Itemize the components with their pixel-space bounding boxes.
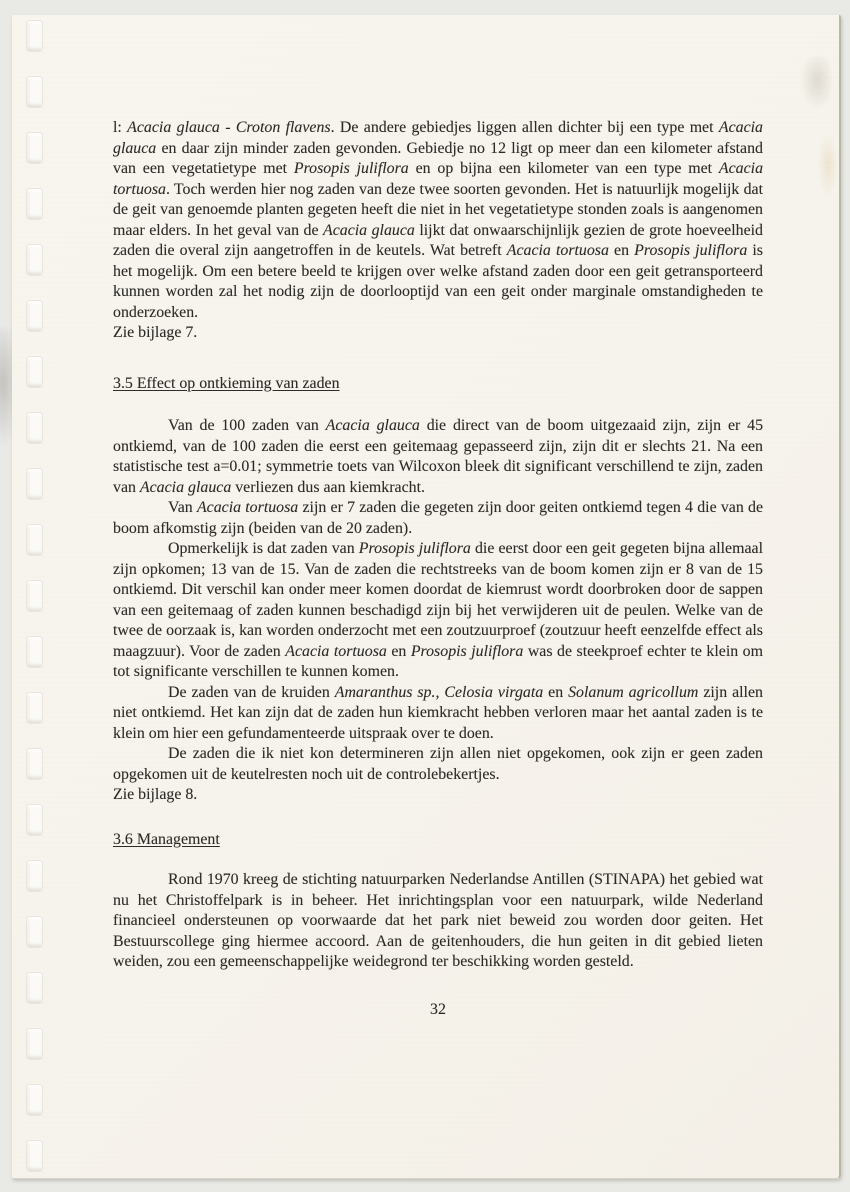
binding-hole	[27, 525, 42, 555]
page-number: 32	[113, 1001, 763, 1019]
binding-hole	[27, 861, 42, 891]
paragraph-germination-prosopis: Opmerkelijk is dat zaden van Prosopis ju…	[113, 539, 763, 683]
species-name-italic: Acacia glauca	[326, 417, 420, 434]
binding-hole	[27, 77, 42, 107]
species-name-italic: Acacia glauca	[140, 479, 231, 496]
binding-hole	[27, 413, 42, 443]
page-content: l: Acacia glauca - Croton flavens. De an…	[113, 118, 763, 973]
binding-hole	[27, 189, 42, 219]
species-name-italic: Celosia virgata	[444, 684, 543, 701]
paragraph-management-stinapa: Rond 1970 kreeg de stichting natuurparke…	[113, 870, 763, 973]
binding-hole	[27, 469, 42, 499]
text-run: en op bijna een kilometer van een type m…	[409, 160, 719, 177]
see-appendix-7-line: Zie bijlage 7.	[113, 323, 763, 344]
paragraph-germination-acacia-glauca: Van de 100 zaden van Acacia glauca die d…	[113, 416, 763, 498]
text-run: Opmerkelijk is dat zaden van	[168, 540, 359, 557]
text-run: . De andere gebiedjes liggen allen dicht…	[331, 119, 719, 136]
binding-hole	[27, 693, 42, 723]
binding-hole	[27, 637, 42, 667]
see-appendix-8-line: Zie bijlage 8.	[113, 785, 763, 806]
section-heading-3-6: 3.6 Management	[113, 830, 763, 851]
text-run: Van	[168, 499, 197, 516]
binding-hole	[27, 21, 42, 51]
text-run: De zaden van de kruiden	[168, 684, 335, 701]
species-name-italic: Amaranthus sp.	[335, 684, 436, 701]
species-name-italic: Acacia tortuosa	[285, 643, 387, 660]
species-name-italic: Acacia tortuosa	[197, 499, 298, 516]
species-name-italic: Prosopis juliflora	[294, 160, 409, 177]
species-name-italic: Solanum agricollum	[568, 684, 698, 701]
binding-holes	[27, 21, 42, 1171]
binding-hole	[27, 1029, 42, 1059]
paragraph-germination-herbs: De zaden van de kruiden Amaranthus sp., …	[113, 683, 763, 745]
paragraph-intro-continued: l: Acacia glauca - Croton flavens. De an…	[113, 118, 763, 323]
species-name-italic: Acacia glauca	[323, 222, 415, 239]
document-page: l: Acacia glauca - Croton flavens. De an…	[12, 15, 841, 1179]
section-heading-3-5: 3.5 Effect op ontkieming van zaden	[113, 374, 763, 395]
binding-hole	[27, 917, 42, 947]
species-name-italic: Prosopis juliflora	[634, 242, 747, 259]
binding-hole	[27, 1085, 42, 1115]
paragraph-undetermined-seeds: De zaden die ik niet kon determineren zi…	[113, 744, 763, 785]
text-run: en	[543, 684, 568, 701]
text-run: De zaden die ik niet kon determineren zi…	[113, 745, 763, 783]
text-run: en	[609, 242, 634, 259]
paragraph-germination-acacia-tortuosa: Van Acacia tortuosa zijn er 7 zaden die …	[113, 498, 763, 539]
paper-stain-right	[818, 133, 838, 197]
species-name-italic: Prosopis juliflora	[411, 643, 524, 660]
binding-hole	[27, 245, 42, 275]
binding-hole	[27, 1141, 42, 1171]
binding-hole	[27, 581, 42, 611]
species-name-italic: Prosopis juliflora	[359, 540, 471, 557]
text-run: Rond 1970 kreeg de stichting natuurparke…	[113, 871, 763, 970]
binding-hole	[27, 973, 42, 1003]
species-name-italic: Acacia glauca - Croton flavens	[127, 119, 330, 136]
binding-hole	[27, 301, 42, 331]
binding-hole	[27, 357, 42, 387]
species-name-italic: Acacia tortuosa	[507, 242, 609, 259]
text-run: en	[387, 643, 411, 660]
text-run: l:	[113, 119, 127, 136]
binding-hole	[27, 133, 42, 163]
binding-hole	[27, 749, 42, 779]
text-run: verliezen dus aan kiemkracht.	[231, 479, 425, 496]
binding-hole	[27, 805, 42, 835]
paper-smudge-right	[801, 57, 831, 109]
text-run: Van de 100 zaden van	[168, 417, 326, 434]
